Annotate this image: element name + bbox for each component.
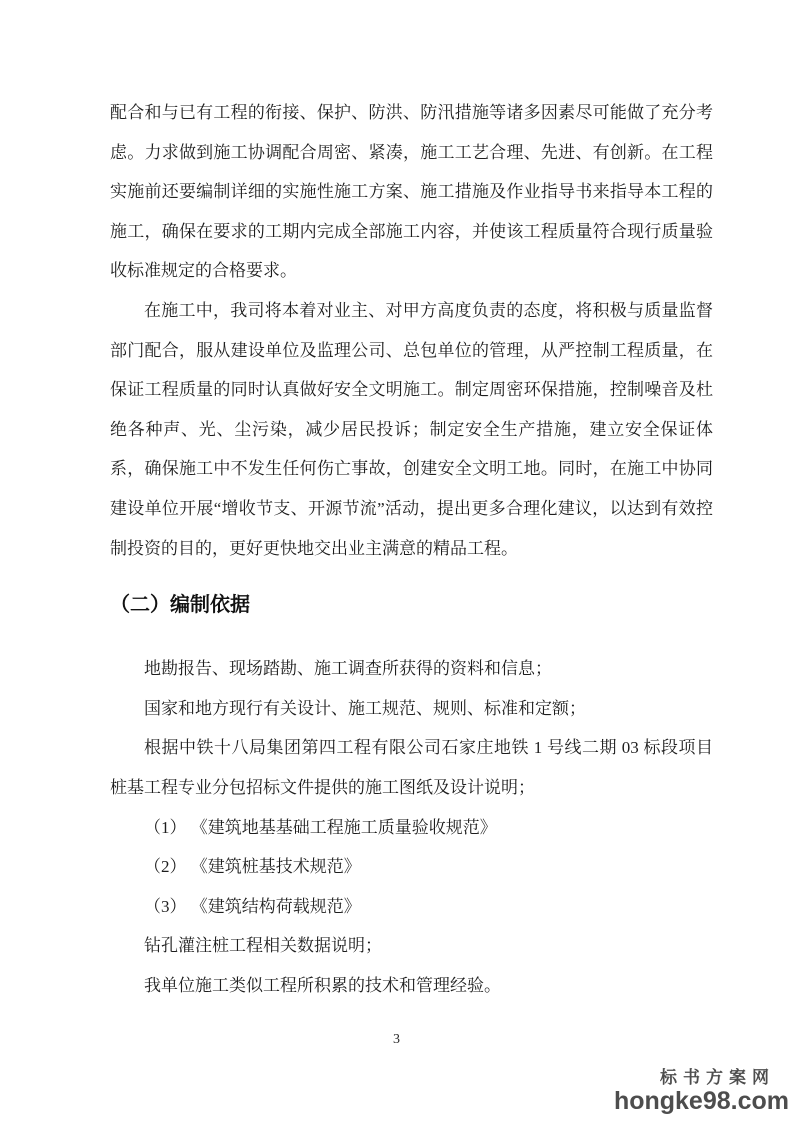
- reference-item: 我单位施工类似工程所积累的技术和管理经验。: [110, 966, 713, 1006]
- document-page: 配合和与已有工程的衔接、保护、防洪、防汛措施等诸多因素尽可能做了充分考虑。力求做…: [0, 0, 793, 1122]
- paragraph: 在施工中，我司将本着对业主、对甲方高度负责的态度，将积极与质量监督部门配合，服从…: [110, 291, 713, 568]
- reference-item: 国家和地方现行有关设计、施工规范、规则、标准和定额；: [110, 689, 713, 729]
- reference-item-numbered: （2） 《建筑桩基技术规范》: [110, 847, 713, 887]
- watermark-logo: 标书方案网 hongke98.com: [614, 1068, 789, 1114]
- reference-item: 根据中铁十八局集团第四工程有限公司石家庄地铁 1 号线二期 03 标段项目桩基工…: [110, 728, 713, 807]
- reference-item: 地勘报告、现场踏勘、施工调查所获得的资料和信息；: [110, 649, 713, 689]
- paragraph-continuation: 配合和与已有工程的衔接、保护、防洪、防汛措施等诸多因素尽可能做了充分考虑。力求做…: [110, 93, 713, 291]
- reference-item-numbered: （3） 《建筑结构荷载规范》: [110, 887, 713, 927]
- reference-item-numbered: （1） 《建筑地基基础工程施工质量验收规范》: [110, 808, 713, 848]
- section-heading: （二）编制依据: [110, 590, 713, 620]
- watermark-site-url: hongke98.com: [614, 1088, 789, 1114]
- watermark-site-name: 标书方案网: [614, 1068, 775, 1088]
- reference-item: 钻孔灌注桩工程相关数据说明；: [110, 926, 713, 966]
- document-content: 配合和与已有工程的衔接、保护、防洪、防汛措施等诸多因素尽可能做了充分考虑。力求做…: [110, 93, 713, 1005]
- page-number: 3: [0, 1032, 793, 1048]
